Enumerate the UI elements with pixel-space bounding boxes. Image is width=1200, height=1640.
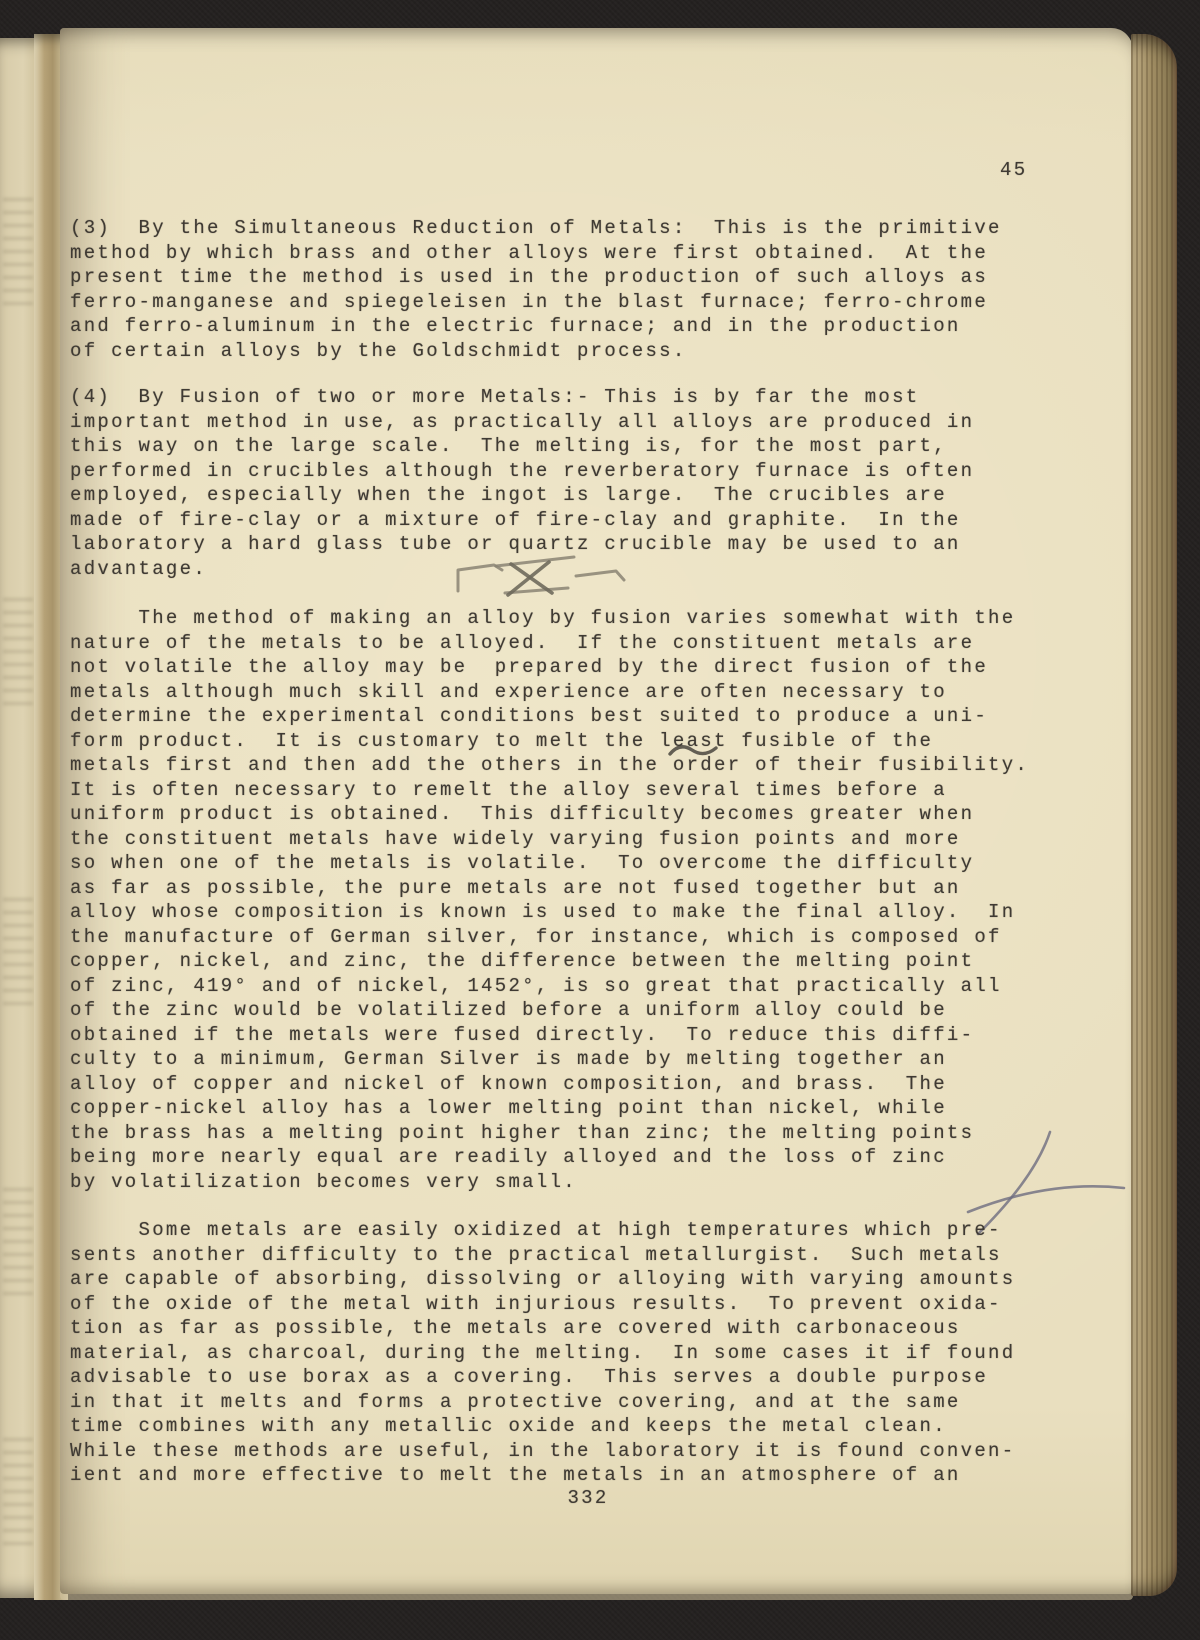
bleedthrough-text-smudge [3, 1438, 33, 1548]
bleedthrough-text-smudge [3, 898, 33, 1008]
scanned-book-photo: { "document": { "kind": "typewritten boo… [0, 0, 1200, 1640]
bleedthrough-text-smudge [3, 598, 33, 708]
bleedthrough-text-smudge [3, 198, 33, 308]
paragraph-fusion-of-metals: (4) By Fusion of two or more Metals:- Th… [70, 385, 974, 581]
paragraph-alloy-fusion-method: The method of making an alloy by fusion … [70, 606, 1029, 1194]
paragraph-oxidation: Some metals are easily oxidized at high … [70, 1218, 1015, 1488]
bleedthrough-text-smudge [3, 1188, 33, 1298]
page-number-bottom: 332 [498, 1486, 678, 1511]
book-fore-edge [1131, 34, 1177, 1596]
page-number-top: 45 [1000, 158, 1027, 183]
paragraph-simultaneous-reduction: (3) By the Simultaneous Reduction of Met… [70, 216, 1002, 363]
book-page: 45 (3) By the Simultaneous Reduction of … [60, 28, 1133, 1594]
